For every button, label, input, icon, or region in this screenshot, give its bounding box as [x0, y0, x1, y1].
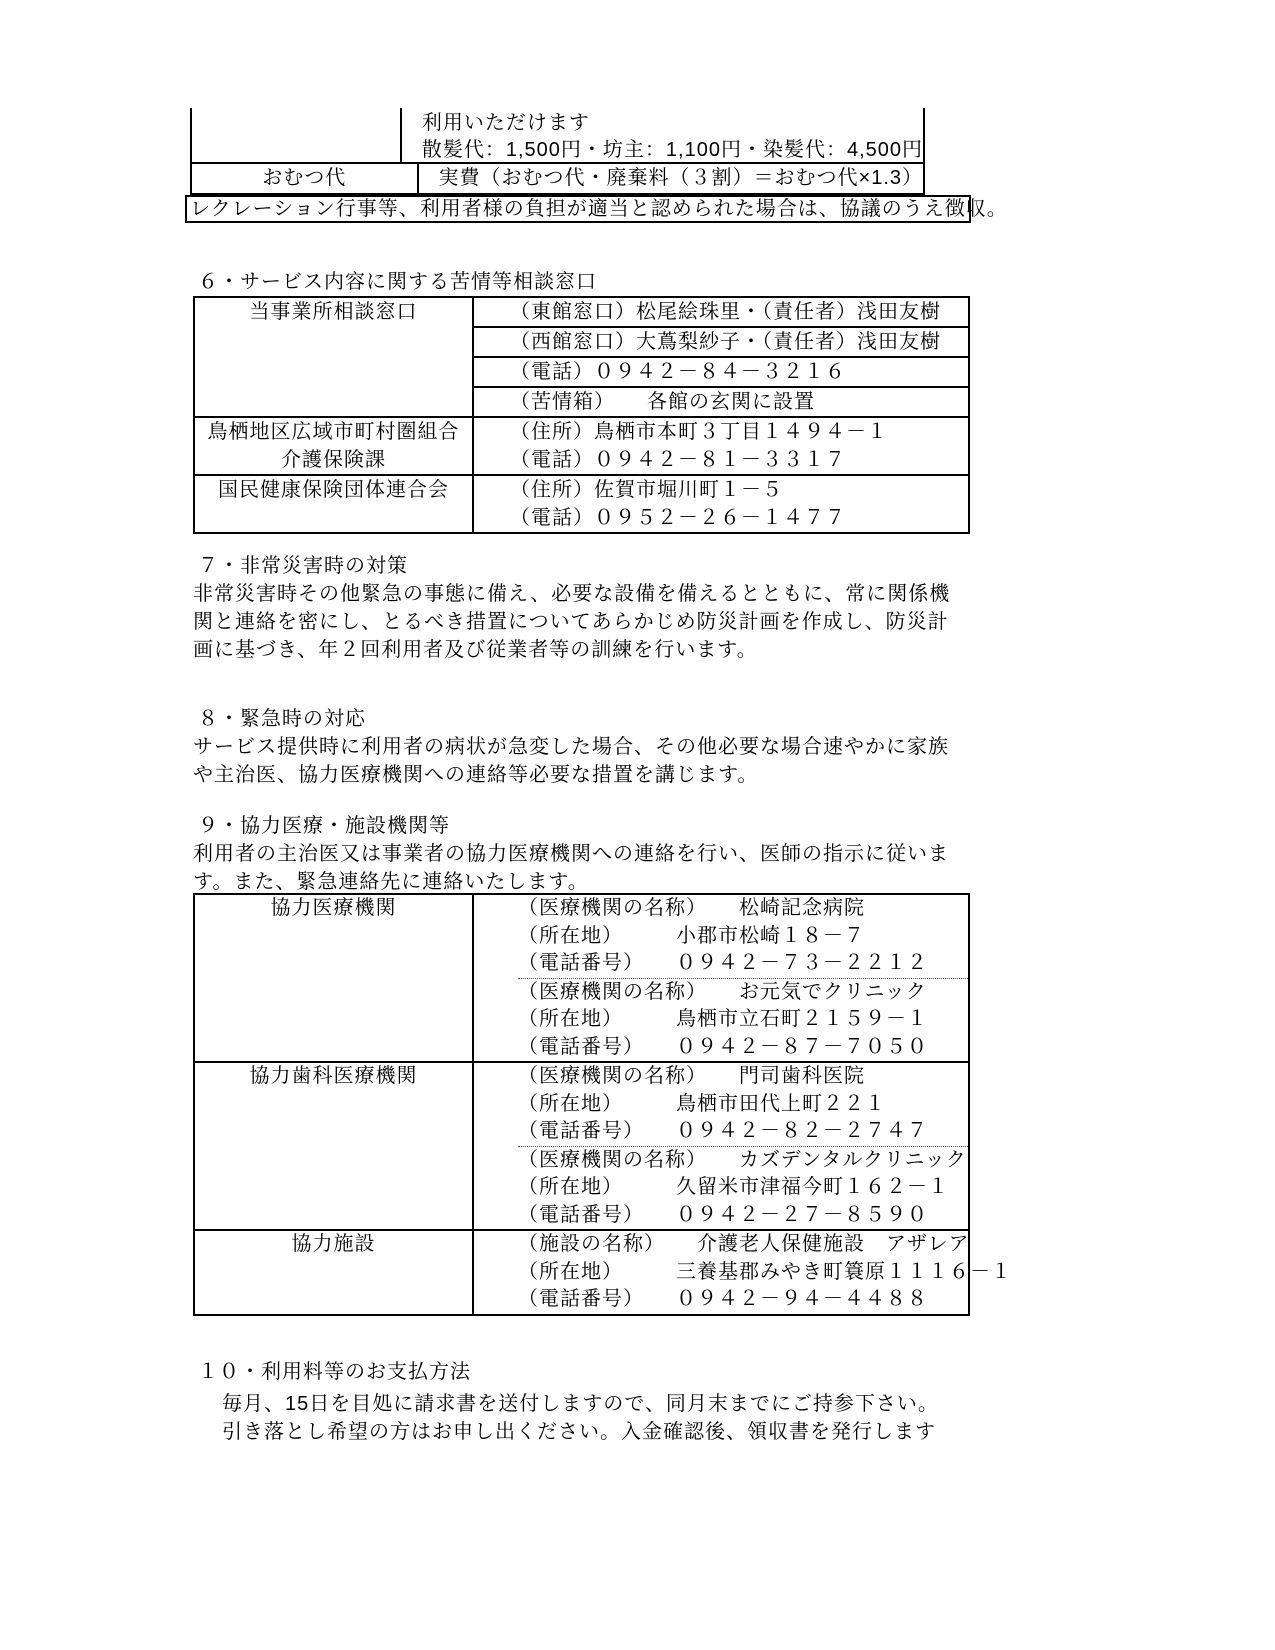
west-office-contact: （西館窓口）大蔦梨紗子・（責任者）浅田友樹 [473, 327, 969, 357]
complaint-contact-table: 当事業所相談窓口 （東館窓口）松尾絵珠里・（責任者）浅田友樹 （西館窓口）大蔦梨… [193, 296, 970, 534]
federation-address: （住所）佐賀市堀川町１－５ [510, 476, 968, 504]
fee-table-haircut-cell: 利用いただけます 散髪代：1,500円・坊主：1,100円・染髪代：4,500円 [402, 108, 923, 162]
section-10-paragraph: 毎月、15日を目処に請求書を送付しますので、同月末までにご持参下さい。 引き落と… [222, 1390, 939, 1446]
union-address: （住所）鳥栖市本町３丁目１４９４－１ [510, 418, 968, 446]
paragraph-line: サービス提供時に利用者の病状が急変した場合、その他必要な場合速やかに家族 [193, 733, 949, 761]
table-row: 協力施設 （施設の名称） 介護老人保健施設 アザレア （所在地） 三養基郡みやき… [194, 1230, 969, 1315]
fee-table-empty-cell [192, 108, 402, 162]
table-row: 鳥栖地区広域市町村圏組合 介護保険課 （住所）鳥栖市本町３丁目１４９４－１ （電… [194, 417, 969, 475]
section-10-heading: １０・利用料等のお支払方法 [198, 1358, 471, 1386]
office-contact-label: 当事業所相談窓口 [194, 297, 473, 417]
institution-address: （所在地） 鳥栖市立石町２１５９－１ [518, 1006, 968, 1034]
section-7-heading: ７・非常災害時の対策 [198, 552, 408, 580]
complaint-box-location: （苦情箱） 各館の玄関に設置 [473, 387, 969, 417]
medical-institution-label: 協力医療機関 [194, 894, 473, 1062]
diaper-fee-value: 実費（おむつ代・廃棄料（３割）＝おむつ代×1.3） [419, 164, 923, 193]
paragraph-line: や主治医、協力医療機関への連絡等必要な措置を講じます。 [193, 761, 949, 789]
section-9-heading: ９・協力医療・施設機関等 [198, 812, 450, 840]
fee-table-fragment: 利用いただけます 散髪代：1,500円・坊主：1,100円・染髪代：4,500円… [190, 108, 925, 195]
paragraph-line: 引き落とし希望の方はお申し出ください。入金確認後、領収書を発行します [222, 1418, 939, 1446]
institution-group: （施設の名称） 介護老人保健施設 アザレア （所在地） 三養基郡みやき町簑原１１… [518, 1231, 968, 1314]
institution-name: （施設の名称） 介護老人保健施設 アザレア [518, 1231, 968, 1259]
paragraph-line: 関と連絡を密にし、とるべき措置についてあらかじめ防災計画を作成し、防災計 [193, 608, 950, 636]
paragraph-line: 毎月、15日を目処に請求書を送付しますので、同月末までにご持参下さい。 [222, 1390, 939, 1418]
document-page: { "fee_table": { "barber_row": { "line1"… [0, 0, 1275, 1650]
table-row: 国民健康保険団体連合会 （住所）佐賀市堀川町１－５ （電話）０９５２－２６－１４… [194, 475, 969, 533]
dental-institution-label: 協力歯科医療機関 [194, 1062, 473, 1230]
institution-group: （医療機関の名称） お元気でクリニック （所在地） 鳥栖市立石町２１５９－１ （… [518, 978, 968, 1062]
institution-phone: （電話番号） ０９４２－８２－２７４７ [518, 1118, 968, 1146]
paragraph-line: 利用者の主治医又は事業者の協力医療機関への連絡を行い、医師の指示に従いま [193, 840, 949, 868]
facility-label: 協力施設 [194, 1230, 473, 1315]
office-phone: （電話）０９４２－８４－３２１６ [473, 357, 969, 387]
fee-table-row: 利用いただけます 散髪代：1,500円・坊主：1,100円・染髪代：4,500円 [192, 108, 923, 162]
label-line: 鳥栖地区広域市町村圏組合 [195, 418, 472, 446]
paragraph-line: 非常災害時その他緊急の事態に備え、必要な設備を備えるとともに、常に関係機 [193, 580, 950, 608]
institution-name: （医療機関の名称） 松崎記念病院 [518, 895, 968, 923]
insurance-union-label: 鳥栖地区広域市町村圏組合 介護保険課 [194, 417, 473, 475]
section-9-paragraph: 利用者の主治医又は事業者の協力医療機関への連絡を行い、医師の指示に従いま す。ま… [193, 840, 949, 896]
institution-phone: （電話番号） ０９４２－８７－７０５０ [518, 1034, 968, 1062]
haircut-prices: 散髪代：1,500円・坊主：1,100円・染髪代：4,500円 [422, 137, 923, 164]
institution-phone: （電話番号） ０９４２－９４－４４８８ [518, 1286, 968, 1314]
table-row: 協力医療機関 （医療機関の名称） 松崎記念病院 （所在地） 小郡市松崎１８－７ … [194, 894, 969, 1062]
institution-address: （所在地） 三養基郡みやき町簑原１１１６－１ [518, 1259, 968, 1287]
cooperation-table: 協力医療機関 （医療機関の名称） 松崎記念病院 （所在地） 小郡市松崎１８－７ … [193, 893, 970, 1316]
institution-address: （所在地） 小郡市松崎１８－７ [518, 923, 968, 951]
institution-phone: （電話番号） ０９４２－２７－８５９０ [518, 1202, 968, 1230]
federation-contact: （住所）佐賀市堀川町１－５ （電話）０９５２－２６－１４７７ [473, 475, 969, 533]
institution-phone: （電話番号） ０９４２－７３－２２１２ [518, 950, 968, 978]
institution-group: （医療機関の名称） 門司歯科医院 （所在地） 鳥栖市田代上町２２１ （電話番号）… [518, 1063, 968, 1146]
recreation-fee-note: レクレーション行事等、利用者様の負担が適当と認められた場合は、協議のうえ徴収。 [185, 195, 971, 223]
insurance-union-contact: （住所）鳥栖市本町３丁目１４９４－１ （電話）０９４２－８１－３３１７ [473, 417, 969, 475]
dental-institution-cell: （医療機関の名称） 門司歯科医院 （所在地） 鳥栖市田代上町２２１ （電話番号）… [473, 1062, 969, 1230]
federation-label: 国民健康保険団体連合会 [194, 475, 473, 533]
union-phone: （電話）０９４２－８１－３３１７ [510, 446, 968, 474]
institution-group: （医療機関の名称） 松崎記念病院 （所在地） 小郡市松崎１８－７ （電話番号） … [518, 895, 968, 978]
section-8-paragraph: サービス提供時に利用者の病状が急変した場合、その他必要な場合速やかに家族 や主治… [193, 733, 949, 789]
institution-name: （医療機関の名称） カズデンタルクリニック [518, 1147, 968, 1175]
institution-address: （所在地） 久留米市津福今町１６２－１ [518, 1174, 968, 1202]
table-row: 当事業所相談窓口 （東館窓口）松尾絵珠里・（責任者）浅田友樹 [194, 297, 969, 327]
institution-name: （医療機関の名称） お元気でクリニック [518, 979, 968, 1007]
section-8-heading: ８・緊急時の対応 [198, 705, 366, 733]
institution-group: （医療機関の名称） カズデンタルクリニック （所在地） 久留米市津福今町１６２－… [518, 1146, 968, 1230]
paragraph-line: 画に基づき、年２回利用者及び従業者等の訓練を行います。 [193, 636, 950, 664]
federation-phone: （電話）０９５２－２６－１４７７ [510, 504, 968, 532]
fee-table-row: おむつ代 実費（おむつ代・廃棄料（３割）＝おむつ代×1.3） [192, 162, 923, 195]
section-6-heading: ６・サービス内容に関する苦情等相談窓口 [198, 268, 597, 296]
section-7-paragraph: 非常災害時その他緊急の事態に備え、必要な設備を備えるとともに、常に関係機 関と連… [193, 580, 950, 664]
medical-institution-cell: （医療機関の名称） 松崎記念病院 （所在地） 小郡市松崎１８－７ （電話番号） … [473, 894, 969, 1062]
label-line: 介護保険課 [195, 446, 472, 474]
paragraph-line: す。また、緊急連絡先に連絡いたします。 [193, 868, 949, 896]
diaper-fee-label: おむつ代 [192, 164, 419, 193]
table-row: 協力歯科医療機関 （医療機関の名称） 門司歯科医院 （所在地） 鳥栖市田代上町２… [194, 1062, 969, 1230]
fee-usage-note: 利用いただけます [422, 110, 923, 137]
east-office-contact: （東館窓口）松尾絵珠里・（責任者）浅田友樹 [473, 297, 969, 327]
facility-cell: （施設の名称） 介護老人保健施設 アザレア （所在地） 三養基郡みやき町簑原１１… [473, 1230, 969, 1315]
institution-address: （所在地） 鳥栖市田代上町２２１ [518, 1091, 968, 1119]
institution-name: （医療機関の名称） 門司歯科医院 [518, 1063, 968, 1091]
